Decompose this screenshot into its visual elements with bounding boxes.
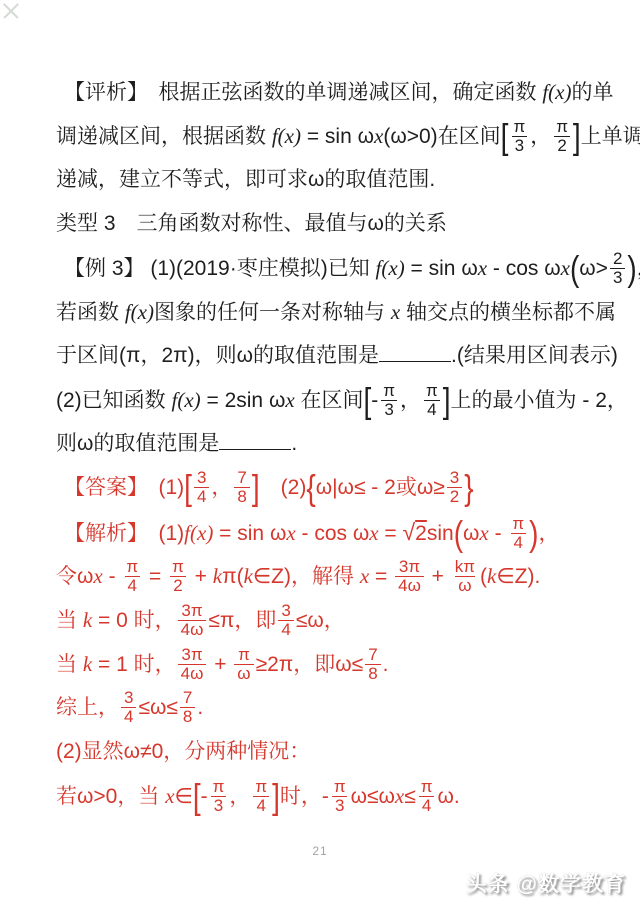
- math-run: x: [369, 521, 378, 545]
- text-run: ，: [400, 389, 421, 412]
- math-run: f(x): [376, 256, 405, 280]
- math-run: x: [165, 784, 174, 808]
- text-run: 于区间(π，2π)，则ω的取值范围是: [56, 344, 379, 367]
- doc-line-6: 若函数 f(x)图象的任何一条对称轴与 x 轴交点的横坐标都不属: [56, 290, 600, 334]
- text-run: ，: [211, 476, 232, 499]
- doc-line-8: (2)已知函数 f(x) = 2sin ωx 在区间[-π3，π4]上的最小值为…: [56, 378, 600, 422]
- corner-x-mark: [2, 2, 20, 20]
- math-document-content: 【评析】 根据正弦函数的单调递减区间，确定函数 f(x)的单调递减区间，根据函数…: [56, 70, 600, 818]
- bracket: ]: [272, 780, 280, 815]
- fraction-numerator: kπ: [452, 558, 478, 576]
- math-run: x: [360, 564, 369, 588]
- text-run: ∈: [175, 785, 193, 808]
- fraction-denominator: 4: [511, 533, 526, 552]
- text-run: .: [383, 653, 389, 676]
- bracket: [: [184, 471, 192, 506]
- text-run: -: [103, 565, 122, 588]
- text-run: -: [489, 522, 508, 545]
- fraction: 78: [180, 689, 195, 726]
- text-run: 在区间: [295, 389, 364, 412]
- math-run: x: [374, 124, 383, 148]
- math-run: x: [479, 521, 488, 545]
- text-run: +: [189, 565, 213, 588]
- text-run: =: [143, 565, 167, 588]
- text-run: -: [201, 785, 208, 808]
- fraction: π2: [169, 558, 187, 595]
- fraction: π3: [331, 778, 349, 815]
- text-run: ∈Z)，解得: [253, 565, 360, 588]
- fraction: 34: [121, 689, 136, 726]
- text-run: = sin ω: [213, 522, 286, 545]
- text-run: ，: [538, 522, 559, 545]
- text-run: ≤ω≤: [138, 696, 177, 719]
- text-run: ω>: [579, 257, 608, 280]
- fraction-denominator: 4: [125, 576, 140, 595]
- text-run: 【答案】 (1): [64, 476, 184, 499]
- text-run: 上单调: [581, 125, 640, 148]
- text-run: +: [426, 565, 450, 588]
- text-run: 【评析】 根据正弦函数的单调递减区间，确定函数: [64, 81, 542, 104]
- bracket: [: [501, 120, 509, 155]
- watermark-toutiao-math-education: 头条 @数学教育: [466, 868, 626, 898]
- text-run: 则ω的取值范围是: [56, 432, 219, 455]
- page-number: 21: [0, 844, 640, 858]
- fraction-denominator: 4: [419, 796, 434, 815]
- text-run: 上的最小值为 - 2，: [451, 389, 628, 412]
- fraction-numerator: 7: [365, 646, 380, 664]
- text-run: =: [379, 522, 403, 545]
- text-run: 时，-: [280, 785, 329, 808]
- text-run: 当: [56, 653, 83, 676]
- bracket: ): [627, 252, 636, 287]
- math-run: x: [286, 521, 295, 545]
- text-run: ω≤ω: [351, 785, 395, 808]
- bracket: ]: [573, 120, 581, 155]
- fraction: 3π4ω: [178, 602, 207, 639]
- fraction-denominator: 3: [211, 796, 226, 815]
- answer-blank: [219, 427, 291, 450]
- fraction-denominator: 8: [180, 707, 195, 726]
- fraction-numerator: π: [210, 778, 228, 796]
- text-run: .: [197, 696, 203, 719]
- math-run: x: [395, 784, 404, 808]
- fraction-numerator: π: [123, 558, 141, 576]
- text-run: 【解析】 (1): [64, 522, 184, 545]
- fraction: kπω: [452, 558, 478, 595]
- text-run: 当: [56, 609, 83, 632]
- text-run: -: [371, 389, 378, 412]
- fraction-numerator: π: [169, 558, 187, 576]
- math-run: x: [478, 256, 487, 280]
- doc-line-11: 【解析】 (1)f(x) = sin ωx - cos ωx = √2sin(ω…: [56, 510, 600, 554]
- fraction: π4: [423, 382, 441, 419]
- math-run: x: [391, 300, 400, 324]
- fraction: 23: [610, 250, 625, 287]
- text-run: 综上，: [56, 696, 119, 719]
- fraction-denominator: 4: [121, 707, 136, 726]
- fraction-denominator: 3: [512, 136, 527, 155]
- fraction-numerator: π: [510, 118, 528, 136]
- math-run: x: [561, 256, 570, 280]
- document-page: 【评析】 根据正弦函数的单调递减区间，确定函数 f(x)的单调递减区间，根据函数…: [0, 0, 640, 904]
- fraction: 34: [194, 469, 209, 506]
- text-run: ≤ω，: [296, 609, 345, 632]
- fraction-denominator: 4: [424, 400, 439, 419]
- fraction-numerator: π: [418, 778, 436, 796]
- fraction: 78: [234, 469, 249, 506]
- text-run: π(: [222, 565, 243, 588]
- fraction-denominator: 3: [332, 796, 347, 815]
- text-run: 【例 3】 (1)(2019·枣庄模拟)已知: [64, 257, 376, 280]
- fraction-numerator: 2: [610, 250, 625, 268]
- text-run: = 1 时，: [92, 653, 175, 676]
- text-run: ≥2π，即ω≤: [256, 653, 364, 676]
- fraction: π3: [210, 778, 228, 815]
- text-run: 轴交点的横坐标都不属: [400, 301, 616, 324]
- text-run: 递减，建立不等式，即可求ω的取值范围.: [56, 168, 435, 191]
- text-run: = 0 时，: [92, 609, 175, 632]
- text-run: 的单: [572, 81, 614, 104]
- math-run: k: [83, 608, 92, 632]
- fraction: π3: [380, 382, 398, 419]
- text-run: =: [369, 565, 393, 588]
- fraction-numerator: π: [553, 118, 571, 136]
- text-run: = sin ω: [301, 125, 374, 148]
- fraction-denominator: 2: [170, 576, 185, 595]
- doc-line-3: 递减，建立不等式，即可求ω的取值范围.: [56, 158, 600, 202]
- text-run: ω: [463, 522, 479, 545]
- fraction-numerator: π: [423, 382, 441, 400]
- text-run: - cos ω: [296, 522, 370, 545]
- bracket: {: [306, 471, 315, 506]
- doc-line-10: 【答案】 (1)[34，78] (2){ω|ω≤ - 2或ω≥32}: [56, 466, 600, 510]
- bracket: [: [364, 384, 372, 419]
- doc-line-17: 若ω>0，当 x∈[-π3，π4]时，-π3ω≤ωx≤π4ω.: [56, 774, 600, 818]
- fraction-denominator: 4ω: [395, 576, 424, 595]
- text-run: +: [208, 653, 232, 676]
- doc-line-14: 当 k = 1 时，3π4ω + πω≥2π，即ω≤78.: [56, 642, 600, 686]
- fraction: 34: [278, 602, 293, 639]
- doc-line-16: (2)显然ω≠0，分两种情况：: [56, 730, 600, 774]
- fraction-numerator: π: [235, 646, 253, 664]
- fraction: 32: [447, 469, 462, 506]
- fraction-numerator: π: [252, 778, 270, 796]
- math-run: f(x): [272, 124, 301, 148]
- math-run: f(x): [125, 300, 154, 324]
- text-run: 类型 3 三角函数对称性、最值与ω的关系: [56, 212, 447, 235]
- doc-line-1: 【评析】 根据正弦函数的单调递减区间，确定函数 f(x)的单: [56, 70, 600, 114]
- fraction: π4: [123, 558, 141, 595]
- fraction-numerator: π: [380, 382, 398, 400]
- fraction-numerator: π: [331, 778, 349, 796]
- sqrt-value: 2: [415, 522, 427, 545]
- fraction-denominator: 8: [365, 664, 380, 683]
- text-run: ，: [229, 785, 250, 808]
- fraction-numerator: 3π: [396, 558, 423, 576]
- fraction-numerator: 7: [234, 469, 249, 487]
- bracket: (: [570, 252, 579, 287]
- doc-line-7: 于区间(π，2π)，则ω的取值范围是.(结果用区间表示): [56, 334, 600, 378]
- fraction: π3: [510, 118, 528, 155]
- fraction: πω: [234, 646, 253, 683]
- fraction-denominator: 3: [381, 400, 396, 419]
- text-run: .(结果用区间表示): [451, 344, 618, 367]
- fraction-denominator: 4: [194, 487, 209, 506]
- text-run: 若ω>0，当: [56, 785, 165, 808]
- fraction-denominator: 4ω: [178, 664, 207, 683]
- math-run: k: [213, 564, 222, 588]
- text-run: 图象的任何一条对称轴与: [154, 301, 391, 324]
- math-run: f(x): [172, 388, 201, 412]
- math-run: k: [487, 564, 496, 588]
- text-run: 令ω: [56, 565, 93, 588]
- fraction-denominator: 2: [447, 487, 462, 506]
- doc-line-12: 令ωx - π4 = π2 + kπ(k∈Z)，解得 x = 3π4ω + kπ…: [56, 554, 600, 598]
- text-run: ≤: [404, 785, 416, 808]
- text-run: (ω>0)在区间: [383, 125, 500, 148]
- fraction-numerator: 7: [180, 689, 195, 707]
- fraction-numerator: 3: [447, 469, 462, 487]
- text-run: 调递减区间，根据函数: [56, 125, 272, 148]
- math-run: f(x): [542, 80, 571, 104]
- doc-line-2: 调递减区间，根据函数 f(x) = sin ωx(ω>0)在区间[π3，π2]上…: [56, 114, 600, 158]
- fraction-numerator: 3π: [178, 646, 205, 664]
- text-run: .: [291, 432, 297, 455]
- math-run: x: [93, 564, 102, 588]
- fraction: 3π4ω: [395, 558, 424, 595]
- fraction-denominator: 8: [234, 487, 249, 506]
- text-run: (2)已知函数: [56, 389, 172, 412]
- fraction-denominator: 2: [554, 136, 569, 155]
- text-run: ≤π，即: [208, 609, 276, 632]
- text-run: ω|ω≤ - 2或ω≥: [316, 476, 445, 499]
- math-run: k: [83, 652, 92, 676]
- text-run: ∈Z).: [496, 565, 540, 588]
- sqrt-symbol: √: [403, 519, 416, 545]
- text-run: 若函数: [56, 301, 125, 324]
- math-run: k: [244, 564, 253, 588]
- bracket: (: [454, 517, 463, 552]
- fraction: 3π4ω: [178, 646, 207, 683]
- bracket: ): [529, 517, 538, 552]
- fraction: π4: [252, 778, 270, 815]
- fraction-numerator: 3π: [178, 602, 205, 620]
- fraction: π4: [418, 778, 436, 815]
- fraction-numerator: 3: [278, 602, 293, 620]
- fraction-numerator: π: [509, 515, 527, 533]
- bracket: [: [193, 780, 201, 815]
- sqrt-radical: √2: [403, 522, 427, 545]
- text-run: ω.: [438, 785, 460, 808]
- fraction-denominator: ω: [234, 664, 253, 683]
- math-run: x: [285, 388, 294, 412]
- fraction: π2: [553, 118, 571, 155]
- bracket: }: [464, 471, 473, 506]
- fraction: π4: [509, 515, 527, 552]
- doc-line-15: 综上，34≤ω≤78.: [56, 686, 600, 730]
- doc-line-4: 类型 3 三角函数对称性、最值与ω的关系: [56, 202, 600, 246]
- fraction-numerator: 3: [121, 689, 136, 707]
- doc-line-13: 当 k = 0 时，3π4ω≤π，即34≤ω，: [56, 598, 600, 642]
- text-run: (2)显然ω≠0，分两种情况：: [56, 740, 310, 763]
- bracket: ]: [443, 384, 451, 419]
- text-run: = 2sin ω: [201, 389, 286, 412]
- fraction-numerator: 3: [194, 469, 209, 487]
- text-run: ，: [530, 125, 551, 148]
- fraction: 78: [365, 646, 380, 683]
- text-run: (2): [260, 476, 307, 499]
- bracket: ]: [252, 471, 260, 506]
- text-run: sin: [427, 522, 454, 545]
- fraction-denominator: 4: [253, 796, 268, 815]
- text-run: = sin ω: [405, 257, 478, 280]
- answer-blank: [379, 339, 451, 362]
- fraction-denominator: 4ω: [178, 620, 207, 639]
- doc-line-5: 【例 3】 (1)(2019·枣庄模拟)已知 f(x) = sin ωx - c…: [56, 246, 600, 290]
- math-run: f(x): [184, 521, 213, 545]
- fraction-denominator: 4: [278, 620, 293, 639]
- fraction-denominator: ω: [455, 576, 474, 595]
- text-run: (: [480, 565, 487, 588]
- doc-line-9: 则ω的取值范围是.: [56, 422, 600, 466]
- text-run: - cos ω: [487, 257, 561, 280]
- fraction-denominator: 3: [610, 268, 625, 287]
